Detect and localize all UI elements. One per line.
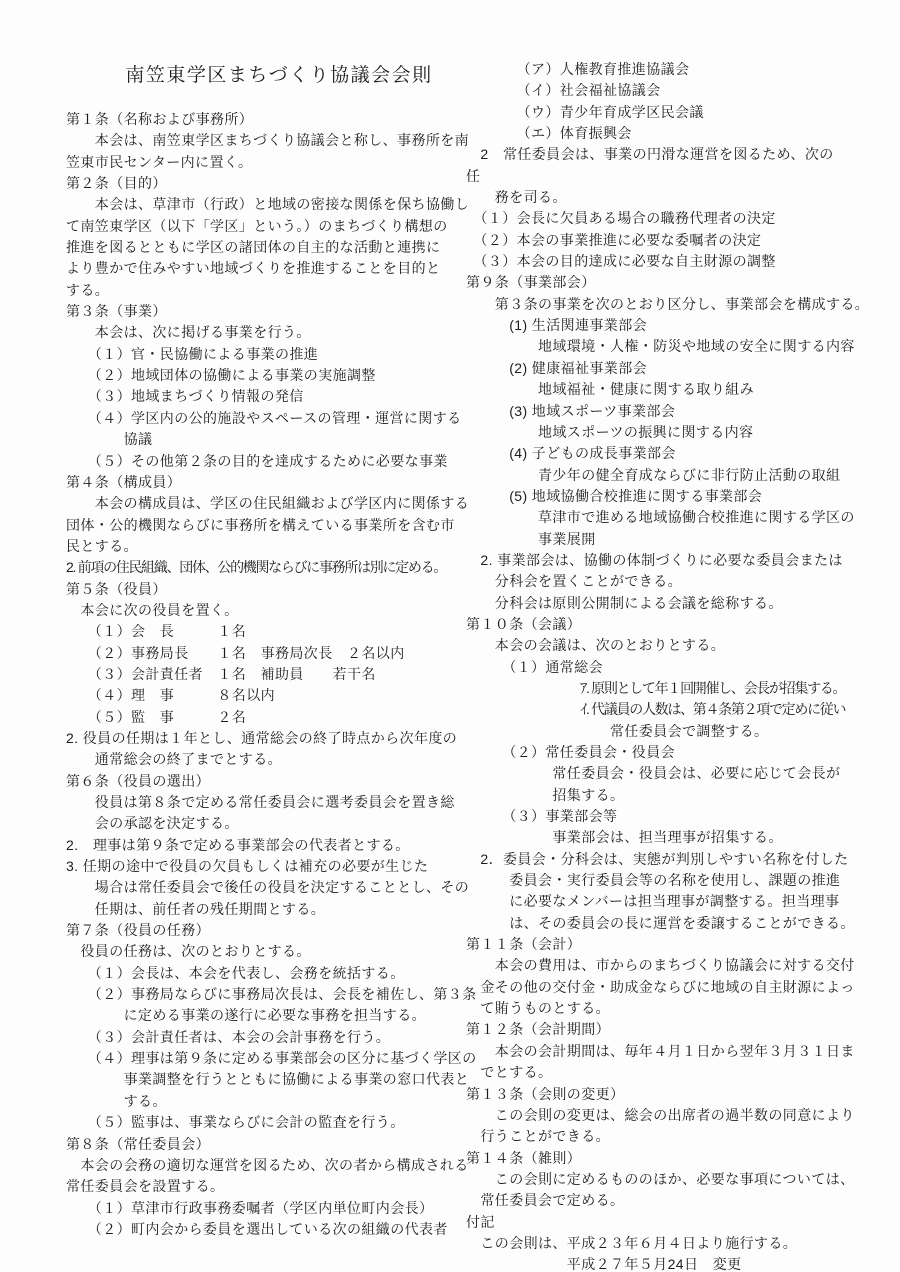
text-line: は、その委員会の長に運営を委譲することができる。 (466, 913, 892, 934)
text-line: 事業部会は、担当理事が招集する。 (466, 827, 892, 848)
text-line: 本会の会計期間は、毎年４月１日から翌年３月３１日ま (466, 1041, 892, 1062)
text-line: 委員会・実行委員会等の名称を使用し、課題の推進 (466, 870, 892, 891)
text-line: (4) 子どもの成長事業部会 (466, 443, 892, 464)
right-column: （ア）人権教育推進協議会 （イ）社会福祉協議会 （ウ）青少年育成学区民会議 （エ… (466, 59, 892, 1272)
text-line: （１）会長は、本会を代表し、会務を統括する。 (66, 963, 492, 984)
text-line: 第６条（役員の選出） (66, 771, 492, 792)
text-line: 会の承認を決定する。 (66, 813, 492, 834)
text-line: 常任委員会を設置する。 (66, 1176, 492, 1197)
text-line: に必要なメンバーは担当理事が調整する。担当理事 (466, 891, 892, 912)
text-line: 第３条の事業を次のとおり区分し、事業部会を構成する。 (466, 294, 892, 315)
text-line: に定める事業の遂行に必要な事務を担当する。 (66, 1005, 492, 1026)
text-line: （３）会計責任者は、本会の会計事務を行う。 (66, 1027, 492, 1048)
text-line: 第２条（目的） (66, 173, 492, 194)
text-line: 任期は、前任者の残任期間とする。 (66, 899, 492, 920)
text-line: 常任委員会で調整する。 (466, 721, 892, 742)
text-line: 招集する。 (466, 785, 892, 806)
text-line: （エ）体育振興会 (466, 123, 892, 144)
text-line: 第４条（構成員） (66, 472, 492, 493)
text-line: 分科会を置くことができる。 (466, 571, 892, 592)
text-line: 2．委員会・分科会は、実態が判別しやすい名称を付した (466, 849, 892, 870)
text-line: 本会は、草津市（行政）と地域の密接な関係を保ち協働し (66, 194, 492, 215)
text-line: （５）監事は、事業ならびに会計の監査を行う。 (66, 1112, 492, 1133)
left-column-text: 第１条（名称および事務所） 本会は、南笠東学区まちづくり協議会と称し、事務所を南… (66, 109, 492, 1240)
text-line: 第３条（事業） (66, 301, 492, 322)
text-line: (2) 健康福祉事業部会 (466, 358, 892, 379)
text-line: 金その他の交付金・助成金ならびに地域の自主財源によっ (466, 977, 892, 998)
text-line: 本会の費用は、市からのまちづくり協議会に対する交付 (466, 955, 892, 976)
text-line: 役員は第８条で定める常任委員会に選考委員会を置き総 (66, 792, 492, 813)
text-line: 第８条（常任委員会） (66, 1134, 492, 1155)
text-line: （１）会長に欠員ある場合の職務代理者の決定 (466, 208, 892, 229)
text-line: 任 (466, 166, 892, 187)
text-line: （１）通常総会 (466, 657, 892, 678)
text-line: 分科会は原則公開制による会議を総称する。 (466, 593, 892, 614)
text-line: 第１１条（会計） (466, 934, 892, 955)
text-line: 平成２７年５月24日 変更 (466, 1254, 892, 1272)
text-line: この会則に定めるもののほか、必要な事項については、 (466, 1169, 892, 1190)
text-line: （２）町内会から委員を選出している次の組織の代表者 (66, 1219, 492, 1240)
text-line: 第１条（名称および事務所） (66, 109, 492, 130)
text-line: （２）事務局ならびに事務局次長は、会長を補佐し、第３条 (66, 984, 492, 1005)
text-line: （４）学区内の公的施設やスペースの管理・運営に関する (66, 408, 492, 429)
text-line: 2 常任委員会は、事業の円滑な運営を図るため、次の (466, 144, 892, 165)
text-line: 第１２条（会計期間） (466, 1019, 892, 1040)
text-line: （２）事務局長 １名 事務局次長 ２名以内 (66, 643, 492, 664)
text-line: （３）会計責任者 １名 補助員 若干名 (66, 664, 492, 685)
text-line: （イ）社会福祉協議会 (466, 80, 892, 101)
text-line: 常任委員会・役員会は、必要に応じて会長が (466, 763, 892, 784)
text-line: （ウ）青少年育成学区民会議 (466, 102, 892, 123)
text-line: より豊かで住みやすい地域づくりを推進することを目的と (66, 258, 492, 279)
text-line: 推進を図るとともに学区の諸団体の自主的な活動と連携に (66, 237, 492, 258)
text-line: (3) 地域スポーツ事業部会 (466, 401, 892, 422)
text-line: （５）その他第２条の目的を達成するために必要な事業 (66, 451, 492, 472)
text-line: （３）本会の目的達成に必要な自主財源の調整 (466, 251, 892, 272)
text-line: ｲ. 代議員の人数は、第４条第２項で定めに従い (466, 699, 892, 720)
text-line: (5) 地域協働合校推進に関する事業部会 (466, 486, 892, 507)
document-title: 南笠東学区まちづくり協議会会則 (66, 60, 492, 109)
text-line: する。 (66, 1091, 492, 1112)
text-line: （３）事業部会等 (466, 806, 892, 827)
text-line: 本会は、次に掲げる事業を行う。 (66, 322, 492, 343)
text-line: 青少年の健全育成ならびに非行防止活動の取組 (466, 465, 892, 486)
text-line: 地域スポーツの振興に関する内容 (466, 422, 892, 443)
text-line: 草津市で進める地域協働合校推進に関する学区の (466, 507, 892, 528)
text-line: 務を司る。 (466, 187, 892, 208)
text-line: 付記 (466, 1212, 892, 1233)
text-line: 本会は、南笠東学区まちづくり協議会と称し、事務所を南 (66, 130, 492, 151)
text-line: この会則の変更は、総会の出席者の過半数の同意により (466, 1105, 892, 1126)
text-line: 2. 前項の住民組織、団体、公的機関ならびに事務所は別に定める。 (66, 557, 492, 578)
text-line: 本会の会議は、次のとおりとする。 (466, 635, 892, 656)
text-line: （１）官・民協働による事業の推進 (66, 344, 492, 365)
text-line: 第１０条（会議） (466, 614, 892, 635)
text-line: 協議 (66, 429, 492, 450)
text-line: （４）理 事 ８名以内 (66, 685, 492, 706)
text-line: 第１４条（雑則） (466, 1148, 892, 1169)
text-line: (1) 生活関連事業部会 (466, 315, 892, 336)
text-line: する。 (66, 280, 492, 301)
text-line: 本会の会務の適切な運営を図るため、次の者から構成される (66, 1155, 492, 1176)
text-line: 常任委員会で定める。 (466, 1190, 892, 1211)
text-line: 事業展開 (466, 529, 892, 550)
right-column-text: （ア）人権教育推進協議会 （イ）社会福祉協議会 （ウ）青少年育成学区民会議 （エ… (466, 59, 892, 1272)
text-line: 役員の任務は、次のとおりとする。 (66, 941, 492, 962)
text-line: 事業調整を行うとともに協働による事業の窓口代表と (66, 1069, 492, 1090)
text-line: （２）本会の事業推進に必要な委嘱者の決定 (466, 230, 892, 251)
text-line: （２）地域団体の協働による事業の実施調整 (66, 365, 492, 386)
text-line: 通常総会の終了までとする。 (66, 749, 492, 770)
text-line: 地域福祉・健康に関する取り組み (466, 379, 892, 400)
text-line: 3. 任期の途中で役員の欠員もしくは補充の必要が生じた (66, 856, 492, 877)
text-line: （ア）人権教育推進協議会 (466, 59, 892, 80)
text-line: でとする。 (466, 1062, 892, 1083)
text-line: 第５条（役員） (66, 579, 492, 600)
text-line: 行うことができる。 (466, 1126, 892, 1147)
text-line: （２）常任委員会・役員会 (466, 742, 892, 763)
text-line: 2. 事業部会は、協働の体制づくりに必要な委員会または (466, 550, 892, 571)
text-line: 第７条（役員の任務） (66, 920, 492, 941)
text-line: 民とする。 (66, 536, 492, 557)
text-line: （４）理事は第９条に定める事業部会の区分に基づく学区の (66, 1048, 492, 1069)
text-line: 本会の構成員は、学区の住民組織および学区内に関係する (66, 493, 492, 514)
text-line: 本会に次の役員を置く。 (66, 600, 492, 621)
left-column: 南笠東学区まちづくり協議会会則 第１条（名称および事務所） 本会は、南笠東学区ま… (66, 60, 492, 1240)
text-line: （５）監 事 ２名 (66, 707, 492, 728)
text-line: 団体・公的機関ならびに事務所を構えている事業所を含む市 (66, 515, 492, 536)
text-line: 笠東市民センター内に置く。 (66, 152, 492, 173)
text-line: て南笠東学区（以下「学区」という。）のまちづくり構想の (66, 216, 492, 237)
text-line: 2. 役員の任期は１年とし、通常総会の終了時点から次年度の (66, 728, 492, 749)
text-line: て賄うものとする。 (466, 998, 892, 1019)
text-line: （３）地域まちづくり情報の発信 (66, 386, 492, 407)
text-line: ｱ. 原則として年１回開催し、会長が招集する。 (466, 678, 892, 699)
text-line: 第９条（事業部会） (466, 272, 892, 293)
text-line: （１）会 長 １名 (66, 621, 492, 642)
document-page: 南笠東学区まちづくり協議会会則 第１条（名称および事務所） 本会は、南笠東学区ま… (0, 0, 900, 1272)
text-line: この会則は、平成２３年６月４日より施行する。 (466, 1233, 892, 1254)
text-line: 第１３条（会則の変更） (466, 1084, 892, 1105)
text-line: （１）草津市行政事務委嘱者（学区内単位町内会長） (66, 1198, 492, 1219)
text-line: 地域環境・人権・防災や地域の安全に関する内容 (466, 336, 892, 357)
text-line: 2. 理事は第９条で定める事業部会の代表者とする。 (66, 835, 492, 856)
text-line: 場合は常任委員会で後任の役員を決定することとし、その (66, 877, 492, 898)
